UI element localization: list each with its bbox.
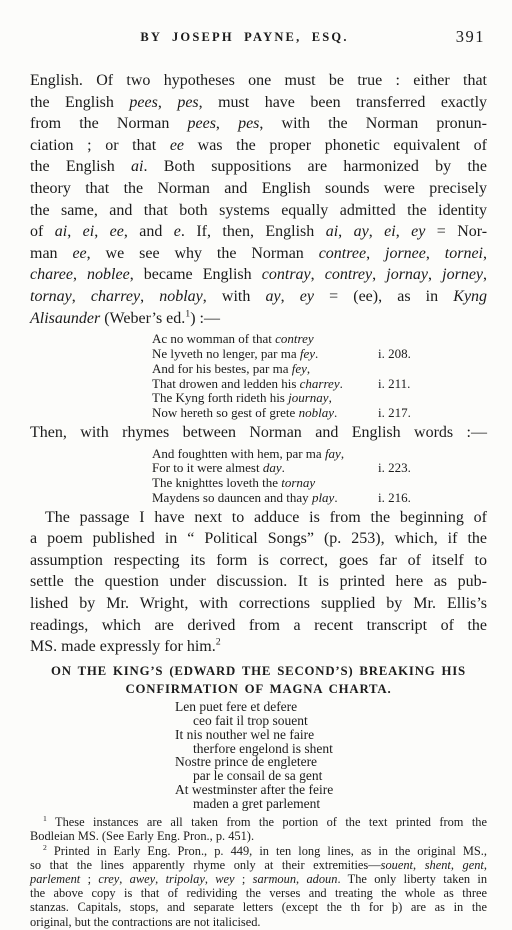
text-line: assumption respecting its form is correc… [30,550,487,572]
text-line: tornay, charrey, noblay, with ay, ey = (… [30,286,487,308]
verse-line: That drowen and ledden his charrey.i. 21… [152,377,487,392]
verse-line-number: i. 211. [378,377,410,392]
verse-line-number: i. 217. [378,406,411,421]
footnote-line: stanzas. Capitals, stops, and separate l… [30,900,487,914]
page-header: BY JOSEPH PAYNE, ESQ. 391 [30,30,487,48]
verse-line: The Kyng forth rideth his journay, [152,391,487,406]
running-header: BY JOSEPH PAYNE, ESQ. [16,30,473,45]
text-line: of ai, ei, ee, and e. If, then, English … [30,221,487,243]
book-page: BY JOSEPH PAYNE, ESQ. 391 English. Of tw… [0,0,512,930]
verse-line: The knighttes loveth the tornay [152,476,487,491]
footnote-line: original, but the contractions are not i… [30,915,487,929]
text-line: from the Norman pees, pes, with the Norm… [30,113,487,135]
poem-magna-charta: Len puet fere et defereceo fait il trop … [175,700,487,811]
poem-line: maden a gret parlement [193,797,487,811]
poem-line: therfore engelond is shent [193,742,487,756]
verse-line: Now hereth so gest of grete noblay.i. 21… [152,406,487,421]
verse-line: And for his bestes, par ma fey, [152,362,487,377]
footnote-line: 1 These instances are all taken from the… [30,815,487,829]
verse-line-number: i. 216. [378,491,411,506]
footnote-line: Bodleian MS. (See Early Eng. Pron., p. 4… [30,829,487,843]
text-line: Then, with rhymes between Norman and Eng… [30,422,487,444]
text-line: the English ai. Both suppositions are ha… [30,156,487,178]
page-number: 391 [456,27,485,47]
text-line: ciation ; or that ee was the proper phon… [30,135,487,157]
text-line: readings, which are derived from a recen… [30,615,487,637]
text-line: theory that the Norman and English sound… [30,178,487,200]
verse-line: Maydens so dauncen and thay play.i. 216. [152,491,487,506]
text-line: the same, and that both systems equally … [30,200,487,222]
poem-line: par le consail de sa gent [193,769,487,783]
poem-line: Len puet fere et defere [175,700,487,714]
verse-quote-kyng-alisaunder-1: Ac no womman of that contreyNe lyveth no… [152,332,487,421]
text-line: settle the question under discussion. It… [30,571,487,593]
verse-line: For to it were almest day.i. 223. [152,461,487,476]
text-line: a poem published in “ Political Songs” (… [30,528,487,550]
footnote-1: 1 These instances are all taken from the… [30,815,487,843]
poem-title-line: CONFIRMATION OF MAGNA CHARTA. [30,680,487,698]
text-line: The passage I have next to adduce is fro… [30,507,487,529]
footnotes: 1 These instances are all taken from the… [30,815,487,929]
footnote-line: so that the lines apparently rhyme only … [30,858,487,872]
text-line: charee, noblee, became English contray, … [30,264,487,286]
footnote-line: the above copy is that of redividing the… [30,886,487,900]
paragraph-then-rhymes: Then, with rhymes between Norman and Eng… [30,422,487,444]
footnote-line: 2 Printed in Early Eng. Pron., p. 449, i… [30,844,487,858]
verse-line-number: i. 223. [378,461,411,476]
poem-title: ON THE KING’S (EDWARD THE SECOND’S) BREA… [30,662,487,698]
text-line: MS. made expressly for him.2 [30,636,487,658]
paragraph-political-songs: The passage I have next to adduce is fro… [30,507,487,658]
poem-title-line: ON THE KING’S (EDWARD THE SECOND’S) BREA… [30,662,487,680]
text-line: lished by Mr. Wright, with corrections s… [30,593,487,615]
paragraph-english-hypotheses: English. Of two hypotheses one must be t… [30,70,487,329]
text-line: Alisaunder (Weber’s ed.1) :— [30,308,487,330]
verse-line-number: i. 208. [378,347,411,362]
poem-line: It nis nouther wel ne faire [175,728,487,742]
text-line: the English pees, pes, must have been tr… [30,92,487,114]
poem-line: ceo fait il trop souent [193,714,487,728]
text-line: English. Of two hypotheses one must be t… [30,70,487,92]
verse-line: And foughtten with hem, par ma fay, [152,447,487,462]
verse-quote-kyng-alisaunder-2: And foughtten with hem, par ma fay,For t… [152,447,487,506]
footnote-line: parlement ; crey, awey, tripolay, wey ; … [30,872,487,886]
text-line: man ee, we see why the Norman contree, j… [30,243,487,265]
verse-line: Ac no womman of that contrey [152,332,487,347]
poem-line: Nostre prince de engletere [175,755,487,769]
poem-line: At westminster after the feire [175,783,487,797]
footnote-2: 2 Printed in Early Eng. Pron., p. 449, i… [30,844,487,929]
verse-line: Ne lyveth no lenger, par ma fey.i. 208. [152,347,487,362]
